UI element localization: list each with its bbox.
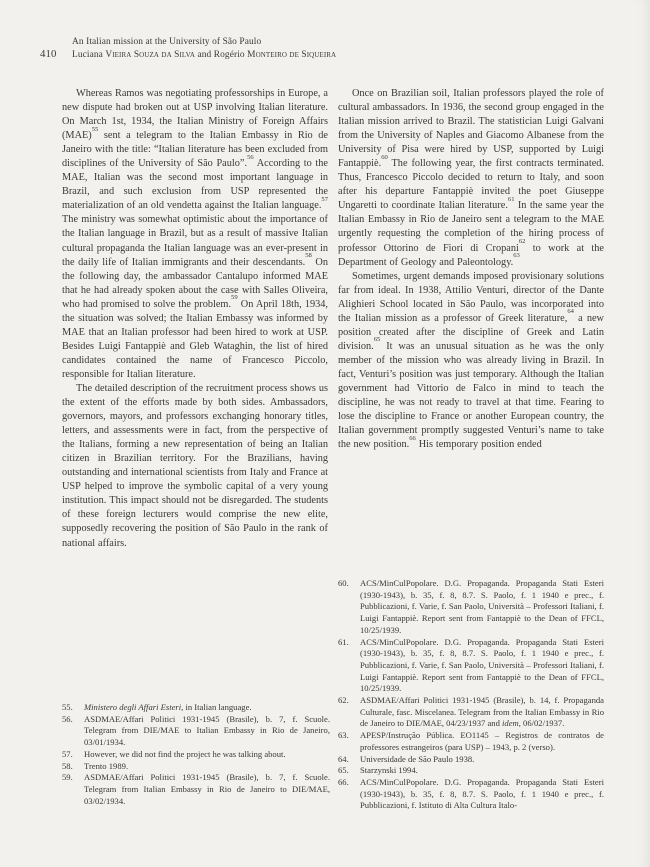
- footnote-reference: 59: [231, 294, 238, 301]
- footnote-number: 62.: [338, 695, 360, 730]
- byline: 410 Luciana Vieira Souza da Silva and Ro…: [40, 49, 602, 62]
- footnote-item: 65. Starzynski 1994.: [338, 765, 604, 777]
- footnote-reference: 64: [567, 308, 574, 315]
- footnote-item: 64. Universidade de São Paulo 1938.: [338, 754, 604, 766]
- footnote-number: 63.: [338, 730, 360, 753]
- footnote-text: Ministero degli Affari Esteri, in Italia…: [84, 702, 330, 714]
- text-segment: idem: [502, 718, 519, 728]
- footnote-text: Starzynski 1994.: [360, 765, 604, 777]
- footnote-item: 57. However, we did not find the project…: [62, 749, 330, 761]
- authors: Luciana Vieira Souza da Silva and Rogéri…: [72, 50, 336, 62]
- footnote-text: APESP/Instrução Pública. EO1145 – Regist…: [360, 730, 604, 753]
- text-segment: On April 18th, 1934, the situation was s…: [62, 299, 328, 380]
- text-segment: ACS/MinCulPopolare. D.G. Propaganda. Pro…: [360, 777, 604, 810]
- footnote-item: 63. APESP/Instrução Pública. EO1145 – Re…: [338, 730, 604, 753]
- footnote-item: 66. ACS/MinCulPopolare. D.G. Propaganda.…: [338, 777, 604, 812]
- footnote-reference: 57: [321, 196, 328, 203]
- text-segment: and Rogério: [195, 50, 247, 60]
- footnote-text: ASDMAE/Affari Politici 1931-1945 (Brasil…: [84, 772, 330, 807]
- footnote-reference: 66: [409, 435, 416, 442]
- footnote-reference: 63: [513, 252, 520, 259]
- footnote-number: 56.: [62, 714, 84, 749]
- text-segment: Starzynski 1994.: [360, 765, 418, 775]
- text-segment: Trento 1989.: [84, 761, 128, 771]
- paragraph: Sometimes, urgent demands imposed provis…: [338, 270, 604, 453]
- footnote-item: 58. Trento 1989.: [62, 761, 330, 773]
- footnote-reference: 62: [519, 238, 526, 245]
- footnote-item: 59. ASDMAE/Affari Politici 1931-1945 (Br…: [62, 772, 330, 807]
- footnote-reference: 60: [381, 154, 388, 161]
- footnotes-right: 60. ACS/MinCulPopolare. D.G. Propaganda.…: [338, 578, 604, 812]
- text-segment: The detailed description of the recruitm…: [62, 383, 328, 549]
- footnote-text: ASDMAE/Affari Politici 1931-1945 (Brasil…: [84, 714, 330, 749]
- paragraph: Once on Brazilian soil, Italian professo…: [338, 87, 604, 270]
- footnote-item: 61. ACS/MinCulPopolare. D.G. Propaganda.…: [338, 637, 604, 696]
- text-segment: It was an unusual situation as he was th…: [338, 341, 604, 450]
- page-header: An Italian mission at the University of …: [40, 37, 602, 61]
- footnotes-left: 55. Ministero degli Affari Esteri, in It…: [62, 702, 330, 807]
- text-segment: Luciana: [72, 50, 105, 60]
- text-segment: Monteiro de Siqueira: [247, 50, 336, 60]
- footnote-text: Universidade de São Paulo 1938.: [360, 754, 604, 766]
- footnote-item: 62. ASDMAE/Affari Politici 1931-1945 (Br…: [338, 695, 604, 730]
- left-column: Whereas Ramos was negotiating professors…: [62, 87, 328, 551]
- text-segment: , 06/02/1937.: [519, 718, 565, 728]
- paragraph: The detailed description of the recruitm…: [62, 382, 328, 551]
- text-segment: Universidade de São Paulo 1938.: [360, 754, 474, 764]
- footnote-number: 66.: [338, 777, 360, 812]
- running-title: An Italian mission at the University of …: [72, 37, 602, 49]
- footnote-text: ACS/MinCulPopolare. D.G. Propaganda. Pro…: [360, 777, 604, 812]
- footnote-reference: 58: [305, 252, 312, 259]
- two-column-body: Whereas Ramos was negotiating professors…: [62, 87, 604, 551]
- footnote-reference: 61: [508, 196, 515, 203]
- footnote-number: 64.: [338, 754, 360, 766]
- footnote-item: 60. ACS/MinCulPopolare. D.G. Propaganda.…: [338, 578, 604, 637]
- right-column: Once on Brazilian soil, Italian professo…: [338, 87, 604, 551]
- text-segment: His temporary position ended: [416, 439, 542, 450]
- footnote-text: ACS/MinCulPopolare. D.G. Propaganda. Pro…: [360, 637, 604, 696]
- text-segment: Sometimes, urgent demands imposed provis…: [338, 271, 604, 324]
- text-segment: ASDMAE/Affari Politici 1931-1945 (Brasil…: [360, 695, 604, 728]
- footnote-number: 55.: [62, 702, 84, 714]
- footnote-number: 60.: [338, 578, 360, 637]
- footnote-number: 58.: [62, 761, 84, 773]
- text-segment: ACS/MinCulPopolare. D.G. Propaganda. Pro…: [360, 578, 604, 635]
- footnote-number: 65.: [338, 765, 360, 777]
- footnote-number: 61.: [338, 637, 360, 696]
- text-segment: ASDMAE/Affari Politici 1931-1945 (Brasil…: [84, 772, 330, 805]
- text-segment: Vieira Souza da Silva: [105, 50, 195, 60]
- footnote-number: 59.: [62, 772, 84, 807]
- paragraph: Whereas Ramos was negotiating professors…: [62, 87, 328, 382]
- scanned-paper-page: An Italian mission at the University of …: [0, 0, 650, 867]
- text-segment: , in Italian language.: [181, 702, 251, 712]
- page-number: 410: [40, 49, 72, 61]
- footnote-text: However, we did not find the project he …: [84, 749, 330, 761]
- footnote-reference: 56: [247, 154, 254, 161]
- footnote-number: 57.: [62, 749, 84, 761]
- footnote-text: ASDMAE/Affari Politici 1931-1945 (Brasil…: [360, 695, 604, 730]
- text-segment: The ministry was somewhat optimistic abo…: [62, 214, 328, 267]
- footnote-text: Trento 1989.: [84, 761, 330, 773]
- footnote-reference: 55: [92, 126, 99, 133]
- text-segment: APESP/Instrução Pública. EO1145 – Regist…: [360, 730, 604, 752]
- text-segment: ASDMAE/Affari Politici 1931-1945 (Brasil…: [84, 714, 330, 747]
- text-segment: However, we did not find the project he …: [84, 749, 286, 759]
- footnote-reference: 65: [374, 336, 381, 343]
- footnote-item: 56. ASDMAE/Affari Politici 1931-1945 (Br…: [62, 714, 330, 749]
- footnote-item: 55. Ministero degli Affari Esteri, in It…: [62, 702, 330, 714]
- footnote-text: ACS/MinCulPopolare. D.G. Propaganda. Pro…: [360, 578, 604, 637]
- text-segment: ACS/MinCulPopolare. D.G. Propaganda. Pro…: [360, 637, 604, 694]
- text-segment: Ministero degli Affari Esteri: [84, 702, 181, 712]
